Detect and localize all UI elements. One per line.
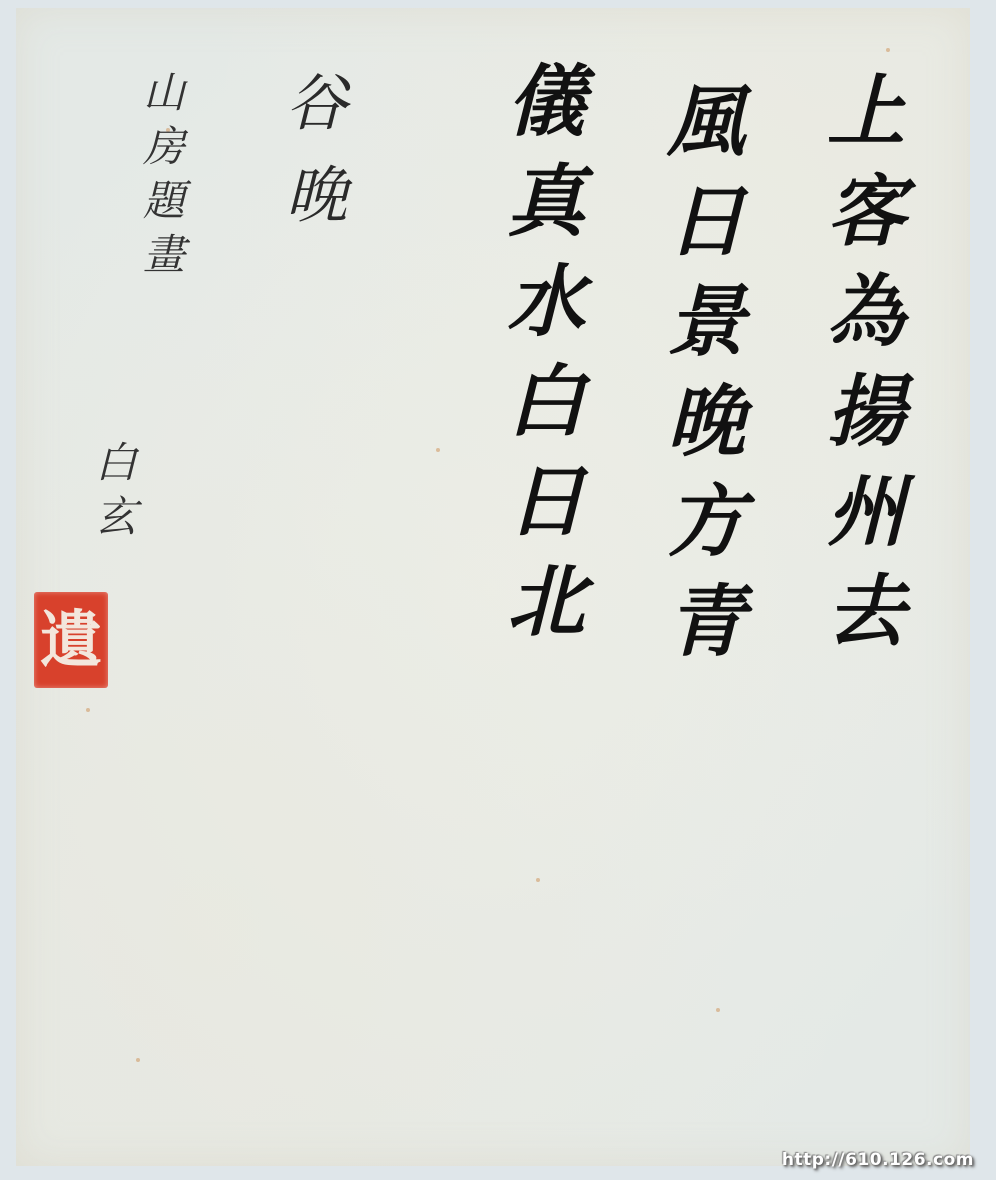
seal-character: 遺: [40, 609, 102, 671]
signature: 白玄: [92, 440, 134, 580]
watermark-url: http://610.126.com: [782, 1150, 974, 1170]
red-seal-stamp: 遺: [34, 592, 108, 688]
paper-stain: [86, 708, 90, 712]
paper-stain: [436, 448, 440, 452]
paper-stain: [136, 1058, 140, 1062]
calligraphy-column-3: 儀真水白日北: [500, 60, 578, 1120]
image-frame: 上客為揚州去 風日景晚方青 儀真水白日北 谷晚 山房題畫 白玄 遺 http:/…: [0, 0, 996, 1180]
calligraphy-column-2: 風日景晚方青: [660, 80, 738, 1060]
calligraphy-secondary-column: 谷晚: [280, 70, 342, 370]
paper-stain: [886, 48, 890, 52]
inscription-column: 山房題畫: [140, 70, 182, 410]
calligraphy-column-1: 上客為揚州去: [820, 70, 898, 1050]
